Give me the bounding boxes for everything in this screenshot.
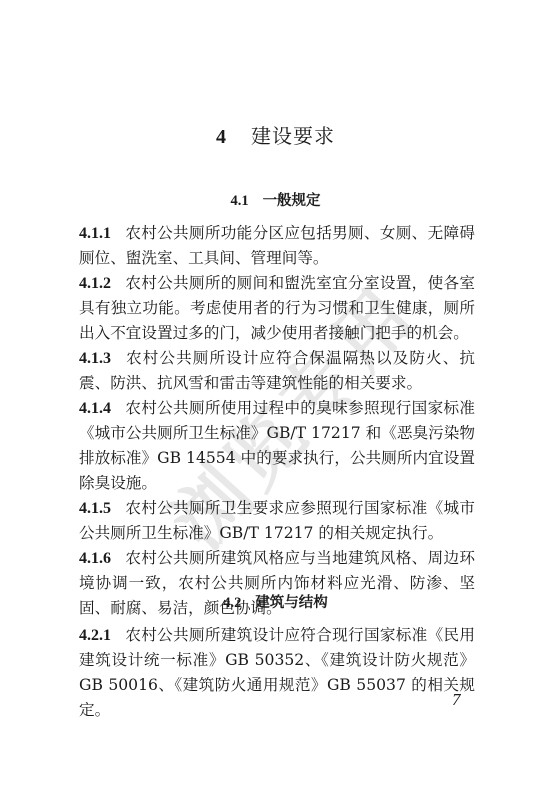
chapter-title: 4建设要求 [0,122,551,151]
clause-text: 农村公共厕所的厕间和盥洗室宜分室设置，使各室具有独立功能。考虑使用者的行为习惯和… [79,274,475,342]
page-number: 7 [452,690,461,710]
section-number: 4.2 [223,595,241,611]
clause-number: 4.1.6 [79,550,111,567]
clause-number: 4.1.1 [79,225,111,242]
clause-number: 4.1.2 [79,275,111,292]
section-title-text: 建筑与结构 [255,595,328,611]
clause-text: 农村公共厕所设计应符合保温隔热以及防火、抗震、防洪、抗风雪和雷击等建筑性能的相关… [79,349,475,392]
section-title-4-2: 4.2建筑与结构 [0,593,551,613]
clause-4-1-5: 4.1.5农村公共厕所卫生要求应参照现行国家标准《城市公共厕所卫生标准》GB/T… [79,496,475,546]
clause-4-1-4: 4.1.4农村公共厕所使用过程中的臭味参照现行国家标准《城市公共厕所卫生标准》G… [79,396,475,496]
clause-number: 4.1.4 [79,400,111,417]
clause-4-1-2: 4.1.2农村公共厕所的厕间和盥洗室宜分室设置，使各室具有独立功能。考虑使用者的… [79,271,475,346]
clause-text: 农村公共厕所建筑设计应符合现行国家标准《民用建筑设计统一标准》GB 50352、… [79,626,475,719]
clause-number: 4.1.3 [79,350,111,367]
clause-text: 农村公共厕所卫生要求应参照现行国家标准《城市公共厕所卫生标准》GB/T 1721… [79,499,475,542]
chapter-number: 4 [216,126,227,148]
clause-4-2-1: 4.2.1农村公共厕所建筑设计应符合现行国家标准《民用建筑设计统一标准》GB 5… [79,623,475,723]
document-page: 浏览专用 4建设要求 4.1一般规定 4.1.1农村公共厕所功能分区应包括男厕、… [0,0,551,790]
chapter-title-text: 建设要求 [251,124,335,148]
section-title-text: 一般规定 [263,193,321,209]
section-body-4-2: 4.2.1农村公共厕所建筑设计应符合现行国家标准《民用建筑设计统一标准》GB 5… [79,623,475,723]
section-title-4-1: 4.1一般规定 [0,191,551,211]
clause-text: 农村公共厕所使用过程中的臭味参照现行国家标准《城市公共厕所卫生标准》GB/T 1… [79,399,475,492]
clause-4-1-3: 4.1.3农村公共厕所设计应符合保温隔热以及防火、抗震、防洪、抗风雪和雷击等建筑… [79,346,475,396]
section-body-4-1: 4.1.1农村公共厕所功能分区应包括男厕、女厕、无障碍厕位、盥洗室、工具间、管理… [79,221,475,621]
clause-4-1-1: 4.1.1农村公共厕所功能分区应包括男厕、女厕、无障碍厕位、盥洗室、工具间、管理… [79,221,475,271]
clause-number: 4.1.5 [79,500,111,517]
section-number: 4.1 [230,193,248,209]
clause-number: 4.2.1 [79,627,111,644]
clause-text: 农村公共厕所功能分区应包括男厕、女厕、无障碍厕位、盥洗室、工具间、管理间等。 [79,224,475,267]
